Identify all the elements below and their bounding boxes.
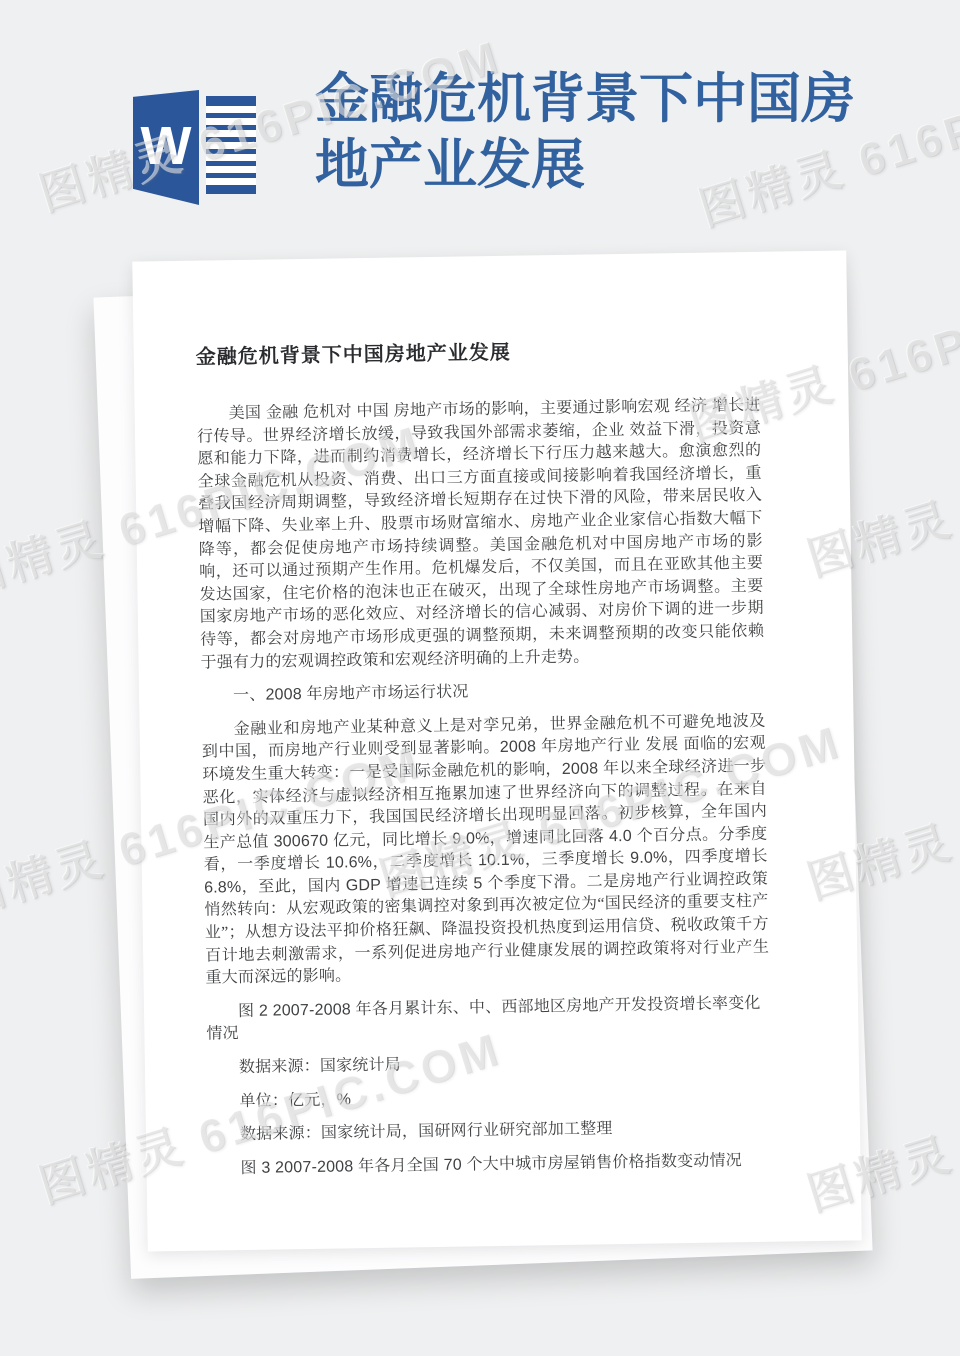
paragraph-intro: 美国 金融 危机对 中国 房地产市场的影响，主要通过影响宏观 经济 增长进行传导… bbox=[197, 395, 765, 675]
figure2-caption: 图 2 2007-2008 年各月累计东、中、西部地区房地产开发投资增长率变化情… bbox=[206, 993, 771, 1047]
paragraph-section-1: 金融业和房地产业某种意义上是对孪兄弟，世界金融危机不可避免地波及到中国，而房地产… bbox=[201, 710, 769, 990]
figure3-caption: 图 3 2007-2008 年各月全国 70 个大中城市房屋销售价格指数变动情况 bbox=[208, 1150, 772, 1181]
section-heading: 一、2008 年房地产市场运行状况 bbox=[201, 677, 765, 708]
document-page: 金融危机背景下中国房地产业发展 美国 金融 危机对 中国 房地产市场的影响，主要… bbox=[132, 250, 861, 1251]
data-source-line: 数据来源：国家统计局，国研网行业研究部加工整理 bbox=[208, 1116, 772, 1147]
page-background: 图精灵 616PIC.COM 图精灵 616PIC.COM 图精灵 616PIC… bbox=[0, 0, 960, 1356]
word-icon: W bbox=[133, 90, 259, 208]
word-icon-letter: W bbox=[141, 119, 192, 173]
data-source-line: 数据来源：国家统计局 bbox=[207, 1049, 771, 1080]
page-title: 金融危机背景下中国房地产业发展 bbox=[315, 66, 890, 198]
word-icon-text-lines bbox=[206, 101, 256, 189]
document-title: 金融危机背景下中国房地产业发展 bbox=[196, 336, 760, 371]
unit-line: 单位：亿元，% bbox=[207, 1082, 771, 1113]
word-icon-panel: W bbox=[133, 90, 199, 205]
word-icon-document bbox=[206, 96, 256, 194]
